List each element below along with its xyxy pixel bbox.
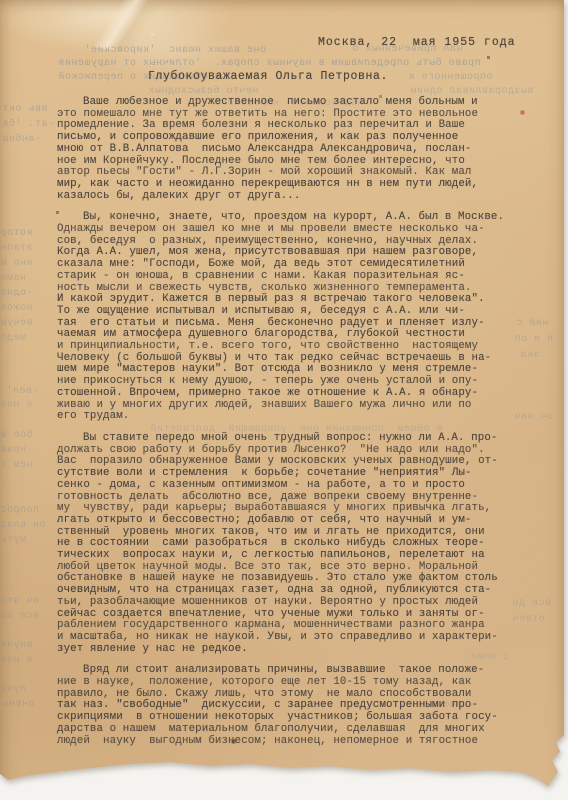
paper-specks [0, 0, 1, 1]
bleedthrough-fragment: все хо [0, 611, 39, 622]
text-line: сенко - дома, с казенным оптимизмом - на… [57, 480, 527, 492]
text-line: ние в науке, положение, которого еще лет… [57, 677, 527, 689]
bleedthrough-fragment: а нав [0, 655, 33, 666]
paragraph: Вы, конечно, знаете, что, проездом на ку… [57, 212, 527, 423]
text-line: правило, не было. Скажу лишь, что этому … [57, 689, 527, 701]
text-line: сов, беседуя о разных, преимущественно, … [57, 236, 527, 248]
text-line: казалось бы, далеких друг от друга... [57, 191, 527, 203]
text-line: и принципиальности, т.е. всего того, что… [57, 341, 527, 353]
text-line: людей науку выгодным бизнесом; наконец, … [57, 736, 527, 748]
text-line: тьи, разоблачающие мошенников от науки. … [57, 597, 527, 609]
bleedthrough-fragment: нем с [0, 460, 33, 471]
bleedthrough-fragment: бое в [0, 430, 33, 441]
text-line: стошенной. Впрочем, примерно такое же от… [57, 388, 527, 400]
paragraph: Вряд ли стоит анализировать причины, выз… [57, 665, 527, 747]
bleedthrough-fragment: внучк [0, 640, 33, 651]
text-line: Человеку (с большой буквы) и что так ред… [57, 353, 527, 365]
bleedthrough-fragment: к нов [0, 400, 33, 411]
bleedthrough-fragment: муть [0, 535, 26, 546]
bleedthrough-fragment: нрав [0, 445, 26, 456]
bleedthrough-fragment: -ат. 'ба [2, 119, 54, 130]
salutation: Глубокоуважаемая Ольга Петровна. [148, 70, 388, 83]
bleedthrough-fragment: оч это [0, 596, 39, 607]
text-line: мир, как часто и неожиданно перекрещиваю… [57, 179, 527, 191]
text-line: дарства о нашем материальном благополучи… [57, 724, 527, 736]
bleedthrough-fragment: очень [2, 699, 35, 710]
paper-shadow-wrap: оне ваших нюанс 'кировские'нал привеченн… [0, 0, 568, 800]
bleedthrough-fragment: ино м [0, 258, 33, 269]
text-line: ние прикоснуться к нему душою, - теперь … [57, 376, 527, 388]
bleedthrough-fragment: медо [0, 333, 26, 344]
paper-crease [46, 0, 213, 63]
text-line: То же ощущение испытывал и испытываю я, … [57, 306, 527, 318]
bleedthrough-fragment: лучш [0, 684, 26, 695]
paragraph: Вы ставите передо мной очень трудный воп… [57, 433, 527, 655]
bleedthrough-fragment: ножов [0, 303, 33, 314]
text-line: Однажды вечером он зашел ко мне и мы про… [57, 224, 527, 236]
text-line: автор пьесы "Гости" - Л.Г.Зорин - мой хо… [57, 167, 527, 179]
bleedthrough-fragment: право быть определившим в научных спорах… [58, 58, 481, 69]
text-line: его трудам. [57, 411, 527, 423]
bleedthrough-fragment: котор [0, 228, 33, 239]
scan-background: оне ваших нюанс 'кировские'нал привеченн… [0, 0, 568, 800]
bleedthrough-fragment: попрос [0, 505, 39, 516]
bleedthrough-fragment: этапн [0, 243, 33, 254]
text-line: зует явление у нас не редкое. [57, 644, 527, 656]
paper-sheet: оне ваших нюанс 'кировские'нал привеченн… [0, 0, 568, 800]
text-line: ность мысли и свежесть чувств, сколько ж… [57, 283, 527, 295]
text-line: промедление. За время болезни я нескольк… [57, 120, 527, 132]
bleedthrough-fragment: вечум [0, 318, 33, 329]
bleedthrough-fragment: -анбиш [2, 134, 41, 145]
date-line: Москва, 22 мая 1955 года [318, 36, 516, 49]
bleedthrough-fragment: оне ваших нюанс 'кировские' [84, 45, 266, 56]
bleedthrough-fragment: -одно [0, 288, 33, 299]
letter-body: Ваше любезное и дружественное письмо зас… [57, 97, 527, 757]
paragraph: Ваше любезное и дружественное письмо зас… [57, 97, 527, 202]
text-line: тических вопросах науки и, с легкостью п… [57, 550, 527, 562]
text-line: Ваше любезное и дружественное письмо зас… [57, 97, 527, 109]
bleedthrough-fragment: опрошенного к [408, 72, 493, 83]
bleedthrough-fragment: явь окт [2, 104, 48, 115]
bleedthrough-fragment: нами [0, 273, 26, 284]
text-line: Вас поразило обнаруженное Вами у московс… [57, 456, 527, 468]
text-line: обстановке в нашей науке не позавидуешь.… [57, 573, 527, 585]
bleedthrough-fragment: -вел' [6, 386, 39, 397]
text-line: мною от В.В.Алпатова письмо Александра А… [57, 144, 527, 156]
text-line: лгать открыто и бессовестно; добавлю от … [57, 515, 527, 527]
text-line: Вы ставите передо мной очень трудный воп… [57, 433, 527, 445]
bleedthrough-fragment: он влад [0, 520, 46, 531]
text-line: му чувству, ради карьеры; выработавшаяся… [57, 503, 527, 515]
text-line: ственный уровень многих таков, что им и … [57, 527, 527, 539]
text-line: старик - он юноша, в сравнении с нами. К… [57, 271, 527, 283]
text-line: и масштаба, но никак не наукой. Увы, и э… [57, 632, 527, 644]
